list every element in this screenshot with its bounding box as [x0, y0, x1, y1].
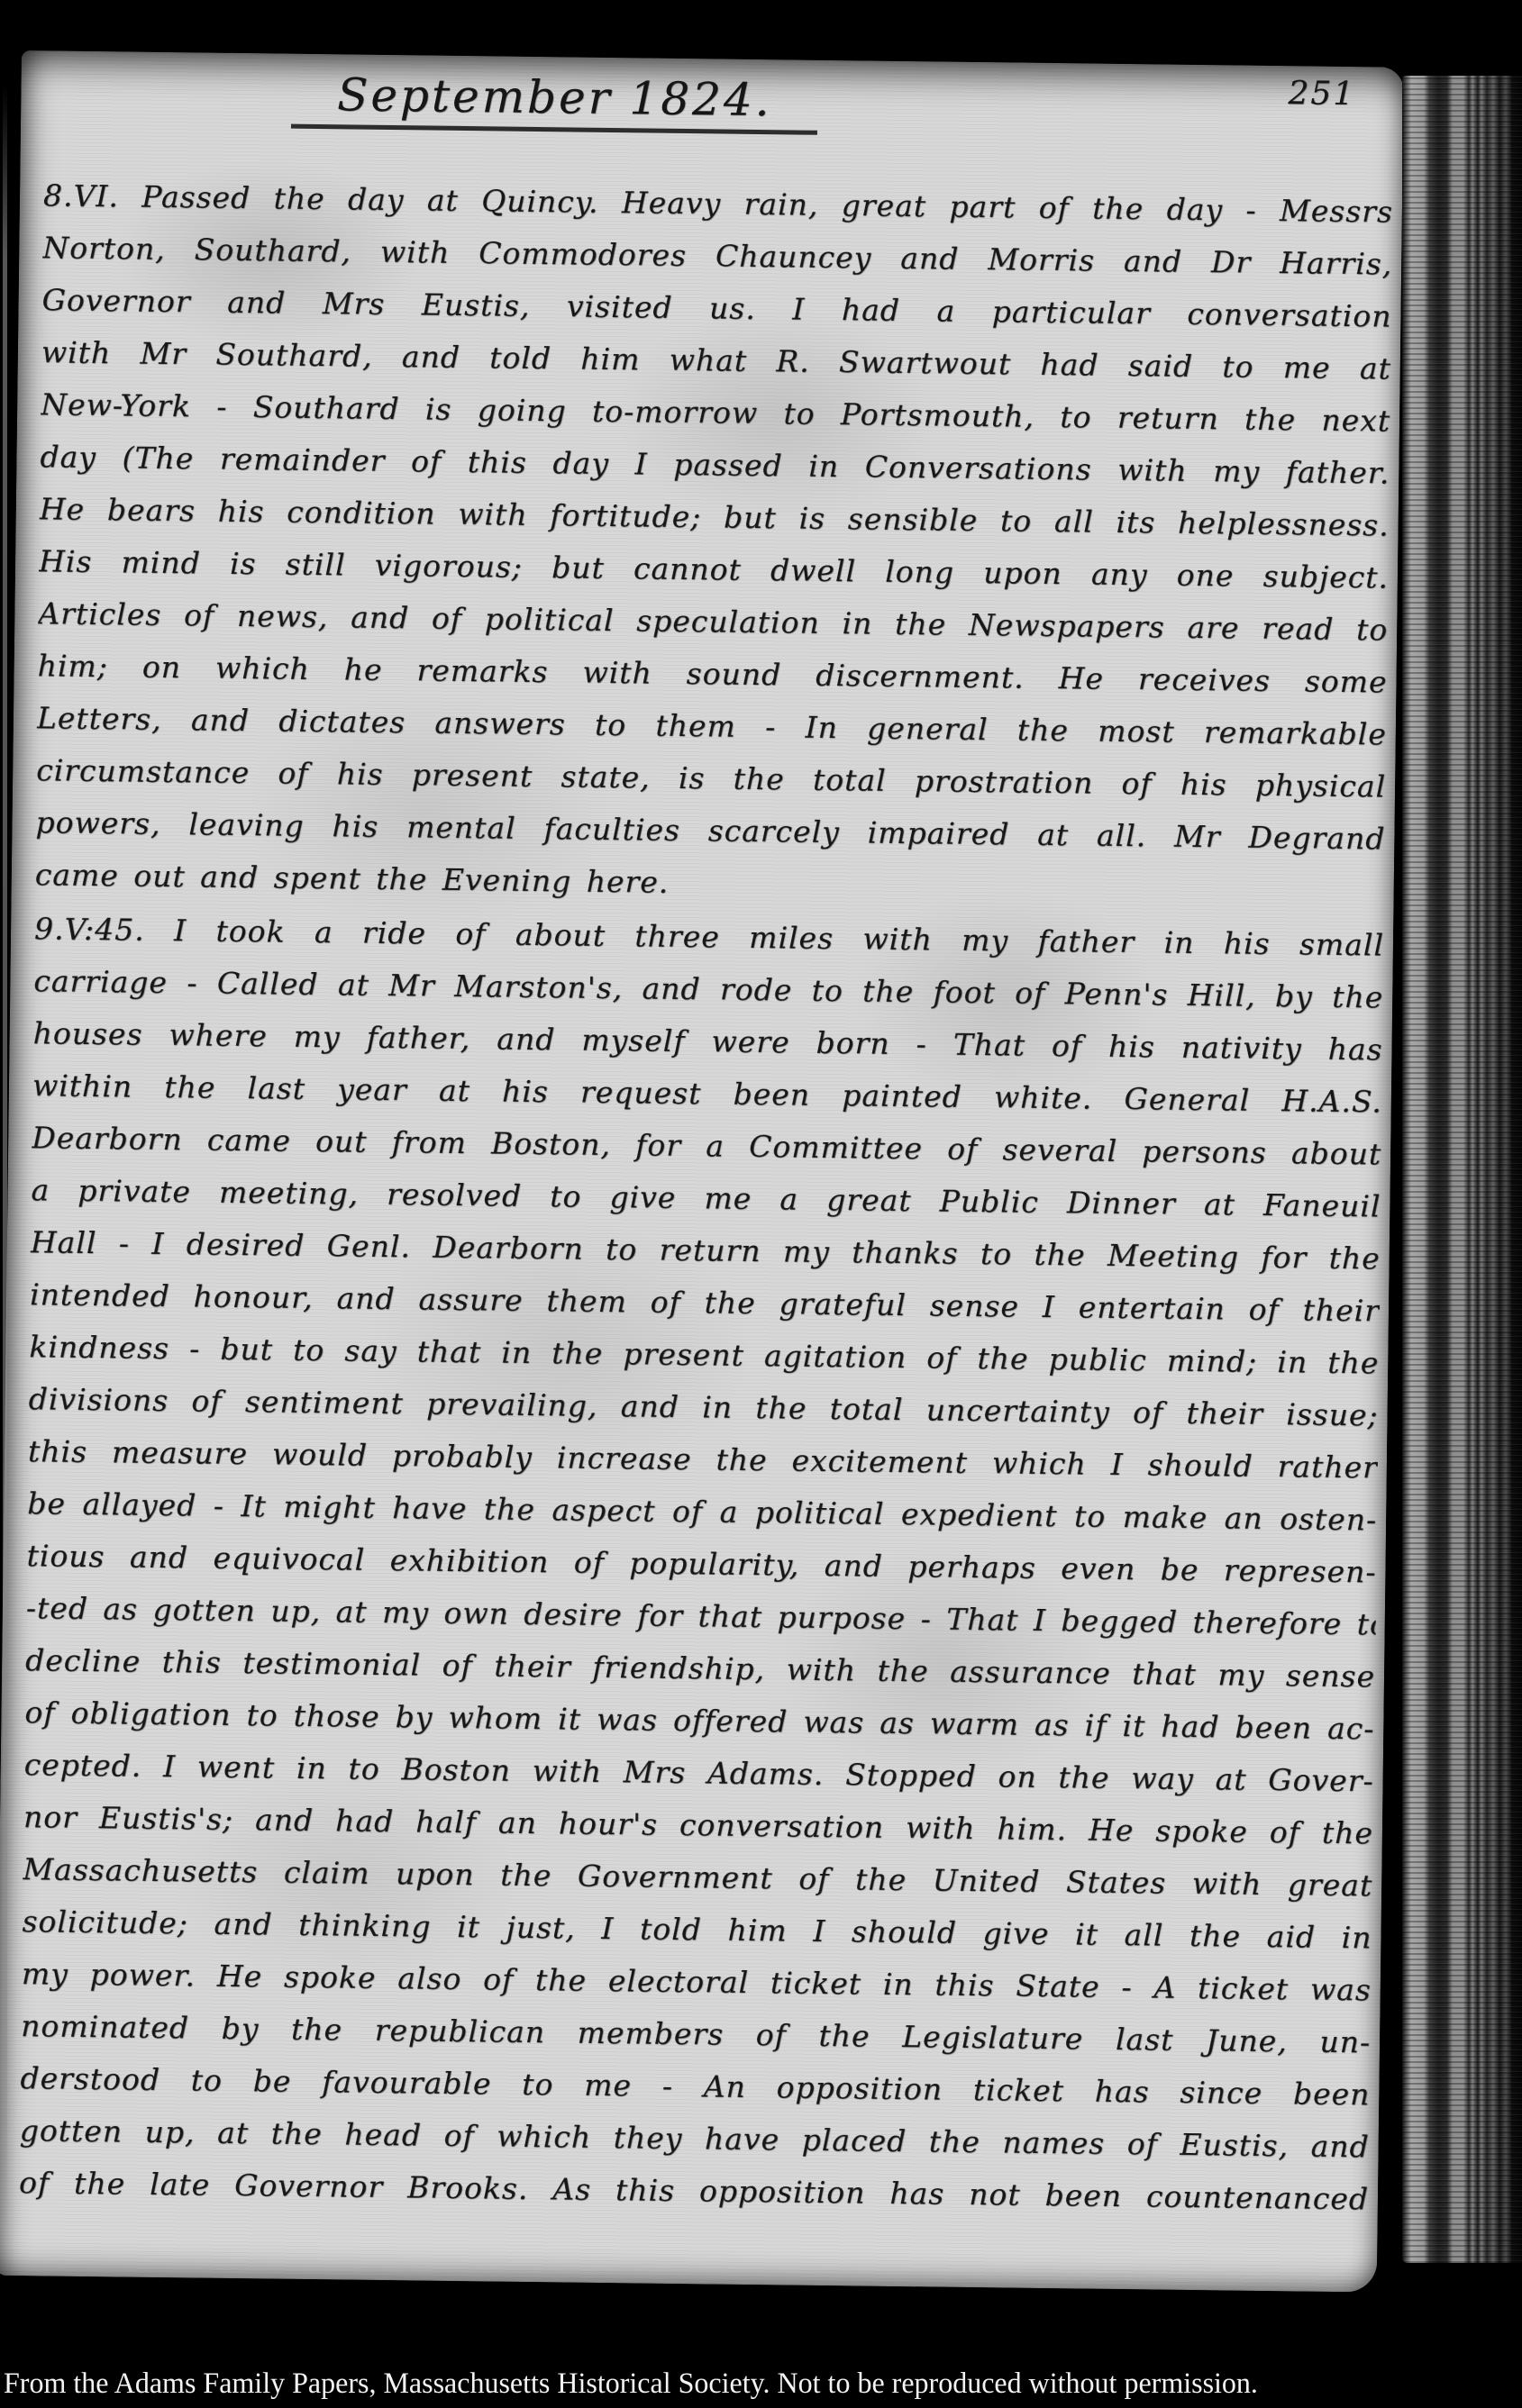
page-header-date: September 1824. [291, 68, 818, 135]
book-gutter-edge [3, 86, 7, 2230]
manuscript-page: September 1824. 251 8.VI. Passed the day… [0, 50, 1404, 2293]
diary-entry: 9.V:45. I took a ride of about three mil… [19, 903, 1385, 2225]
diary-entries: 8.VI. Passed the day at Quincy. Heavy ra… [19, 169, 1394, 2227]
book-fore-edge-pages [1402, 76, 1522, 2263]
diary-entry: 8.VI. Passed the day at Quincy. Heavy ra… [34, 169, 1393, 917]
manuscript-scan: September 1824. 251 8.VI. Passed the day… [0, 0, 1522, 2408]
page-number: 251 [1288, 75, 1355, 113]
attribution-caption: From the Adams Family Papers, Massachuse… [4, 2367, 1258, 2401]
